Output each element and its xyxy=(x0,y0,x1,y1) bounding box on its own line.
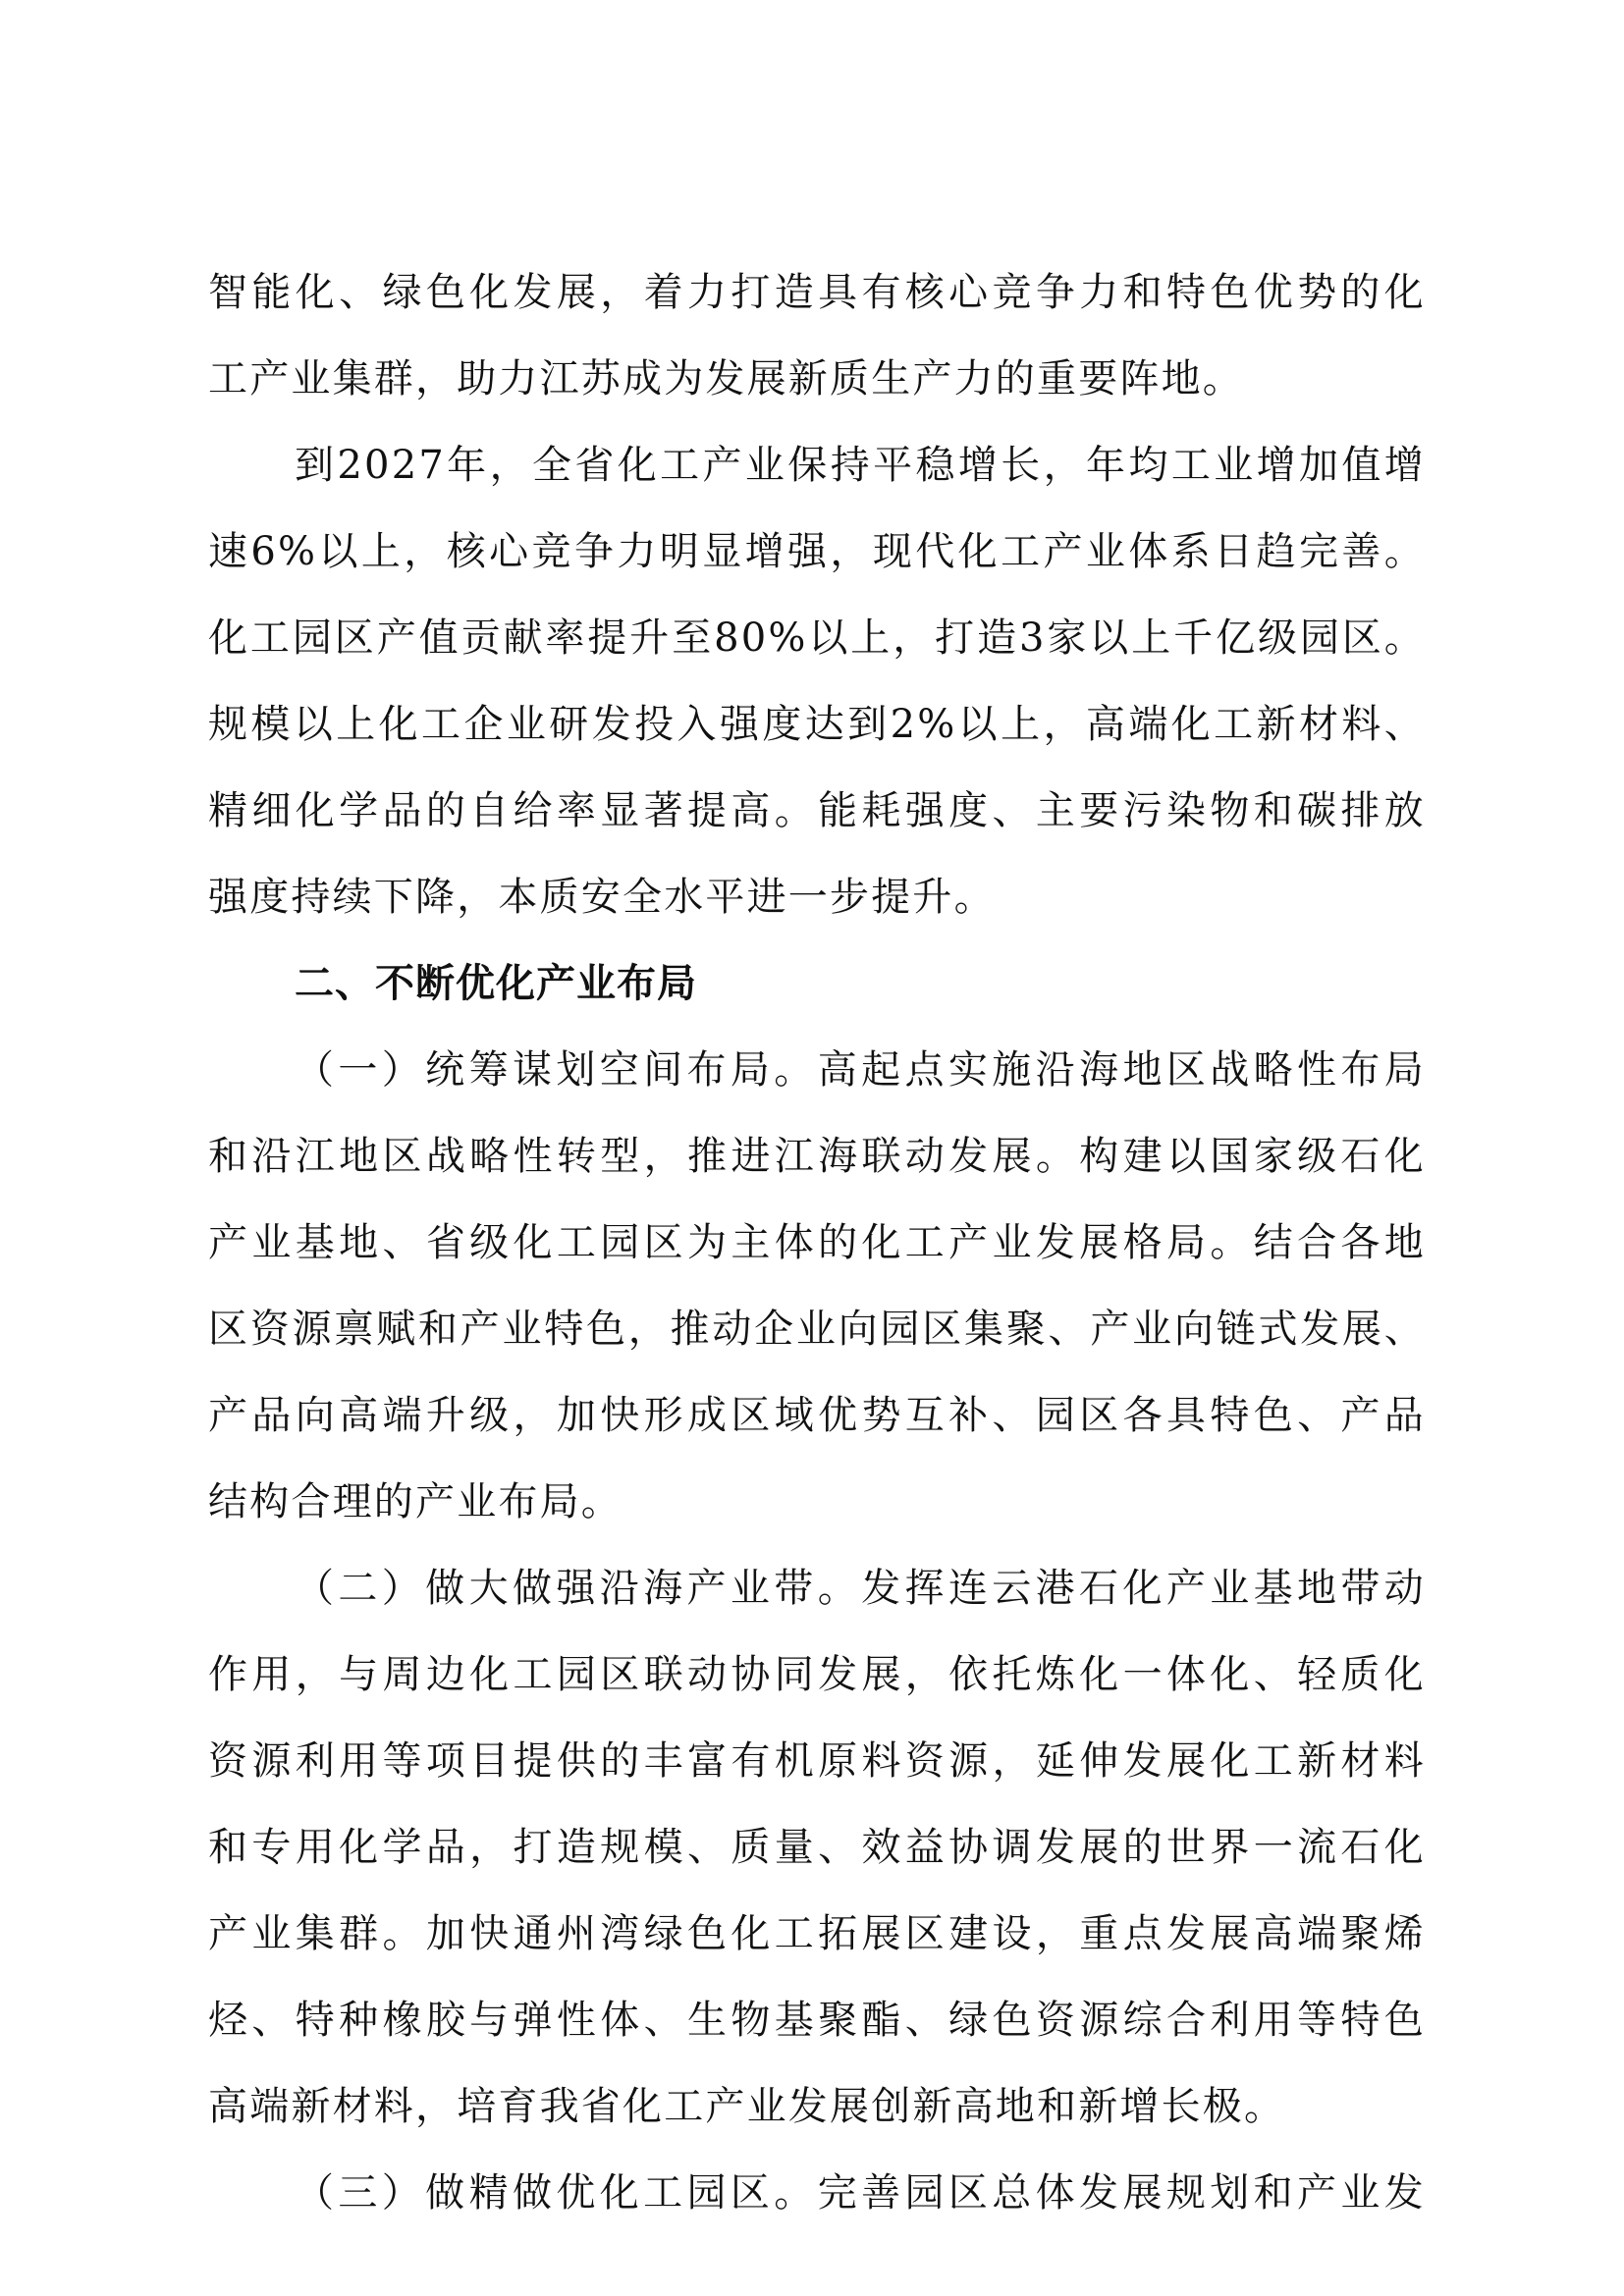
paragraph-line: 烃、特种橡胶与弹性体、生物基聚酯、绿色资源综合利用等特色 xyxy=(208,1977,1426,2063)
paragraph-line: 强度持续下降，本质安全水平进一步提升。 xyxy=(208,854,1426,940)
paragraph-line: （三）做精做优化工园区。完善园区总体发展规划和产业发 xyxy=(295,2150,1426,2236)
paragraph-line: 和沿江地区战略性转型，推进江海联动发展。构建以国家级石化 xyxy=(208,1113,1426,1200)
paragraph-line: 产业集群。加快通州湾绿色化工拓展区建设，重点发展高端聚烯 xyxy=(208,1891,1426,1977)
paragraph-line: 结构合理的产业布局。 xyxy=(208,1459,1426,1545)
paragraph-line: 工产业集群，助力江苏成为发展新质生产力的重要阵地。 xyxy=(208,336,1426,422)
paragraph-line: 高端新材料，培育我省化工产业发展创新高地和新增长极。 xyxy=(208,2063,1426,2150)
paragraph-line: 速6%以上，核心竞争力明显增强，现代化工产业体系日趋完善。 xyxy=(208,508,1426,595)
paragraph-line: 和专用化学品，打造规模、质量、效益协调发展的世界一流石化 xyxy=(208,1804,1426,1891)
document-page: 智能化、绿色化发展，着力打造具有核心竞争力和特色优势的化 工产业集群，助力江苏成… xyxy=(0,0,1624,2296)
paragraph-line: （二）做大做强沿海产业带。发挥连云港石化产业基地带动 xyxy=(295,1545,1426,1631)
paragraph-line: 区资源禀赋和产业特色，推动企业向园区集聚、产业向链式发展、 xyxy=(208,1286,1426,1372)
paragraph-line: 规模以上化工企业研发投入强度达到2%以上，高端化工新材料、 xyxy=(208,681,1426,768)
paragraph-line: 产品向高端升级，加快形成区域优势互补、园区各具特色、产品 xyxy=(208,1372,1426,1459)
paragraph-line: 化工园区产值贡献率提升至80%以上，打造3家以上千亿级园区。 xyxy=(208,595,1426,681)
paragraph-line: 智能化、绿色化发展，着力打造具有核心竞争力和特色优势的化 xyxy=(208,249,1426,336)
paragraph-line: 资源利用等项目提供的丰富有机原料资源，延伸发展化工新材料 xyxy=(208,1718,1426,1804)
paragraph-line: 到2027年，全省化工产业保持平稳增长，年均工业增加值增 xyxy=(295,422,1426,508)
paragraph-line: 作用，与周边化工园区联动协同发展，依托炼化一体化、轻质化 xyxy=(208,1631,1426,1718)
paragraph-line: 产业基地、省级化工园区为主体的化工产业发展格局。结合各地 xyxy=(208,1200,1426,1286)
section-heading: 二、不断优化产业布局 xyxy=(295,940,1426,1027)
paragraph-line: （一）统筹谋划空间布局。高起点实施沿海地区战略性布局 xyxy=(295,1027,1426,1113)
paragraph-line: 精细化学品的自给率显著提高。能耗强度、主要污染物和碳排放 xyxy=(208,768,1426,854)
